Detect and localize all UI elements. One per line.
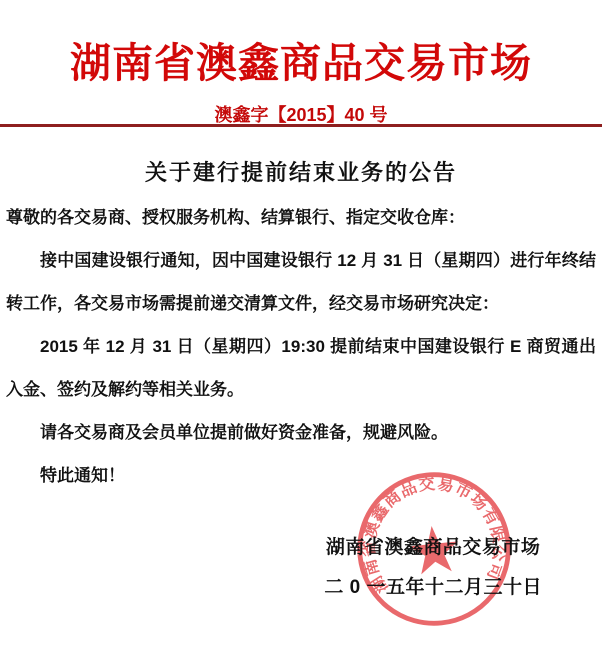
salutation: 尊敬的各交易商、授权服务机构、结算银行、指定交收仓库： bbox=[6, 196, 596, 239]
date: 二 0 一五年十二月三十日 bbox=[324, 568, 542, 608]
notice-body: 尊敬的各交易商、授权服务机构、结算银行、指定交收仓库： 接中国建设银行通知，因中… bbox=[6, 196, 596, 497]
paragraph-2: 2015 年 12 月 31 日（星期四）19:30 提前结束中国建设银行 E … bbox=[6, 325, 596, 411]
signature: 湖南省澳鑫商品交易市场 bbox=[324, 528, 542, 568]
closing-block: 湖南省澳鑫商品交易市场 二 0 一五年十二月三十日 bbox=[324, 528, 542, 608]
notice-document: 湖南省澳鑫商品交易市场 澳鑫字【2015】40 号 关于建行提前结束业务的公告 … bbox=[0, 0, 602, 657]
header-divider bbox=[0, 124, 602, 127]
paragraph-3: 请各交易商及会员单位提前做好资金准备，规避风险。 bbox=[6, 411, 596, 454]
paragraph-1: 接中国建设银行通知，因中国建设银行 12 月 31 日（星期四）进行年终结转工作… bbox=[6, 239, 596, 325]
org-title: 湖南省澳鑫商品交易市场 bbox=[0, 30, 602, 89]
notice-heading: 关于建行提前结束业务的公告 bbox=[0, 156, 602, 187]
